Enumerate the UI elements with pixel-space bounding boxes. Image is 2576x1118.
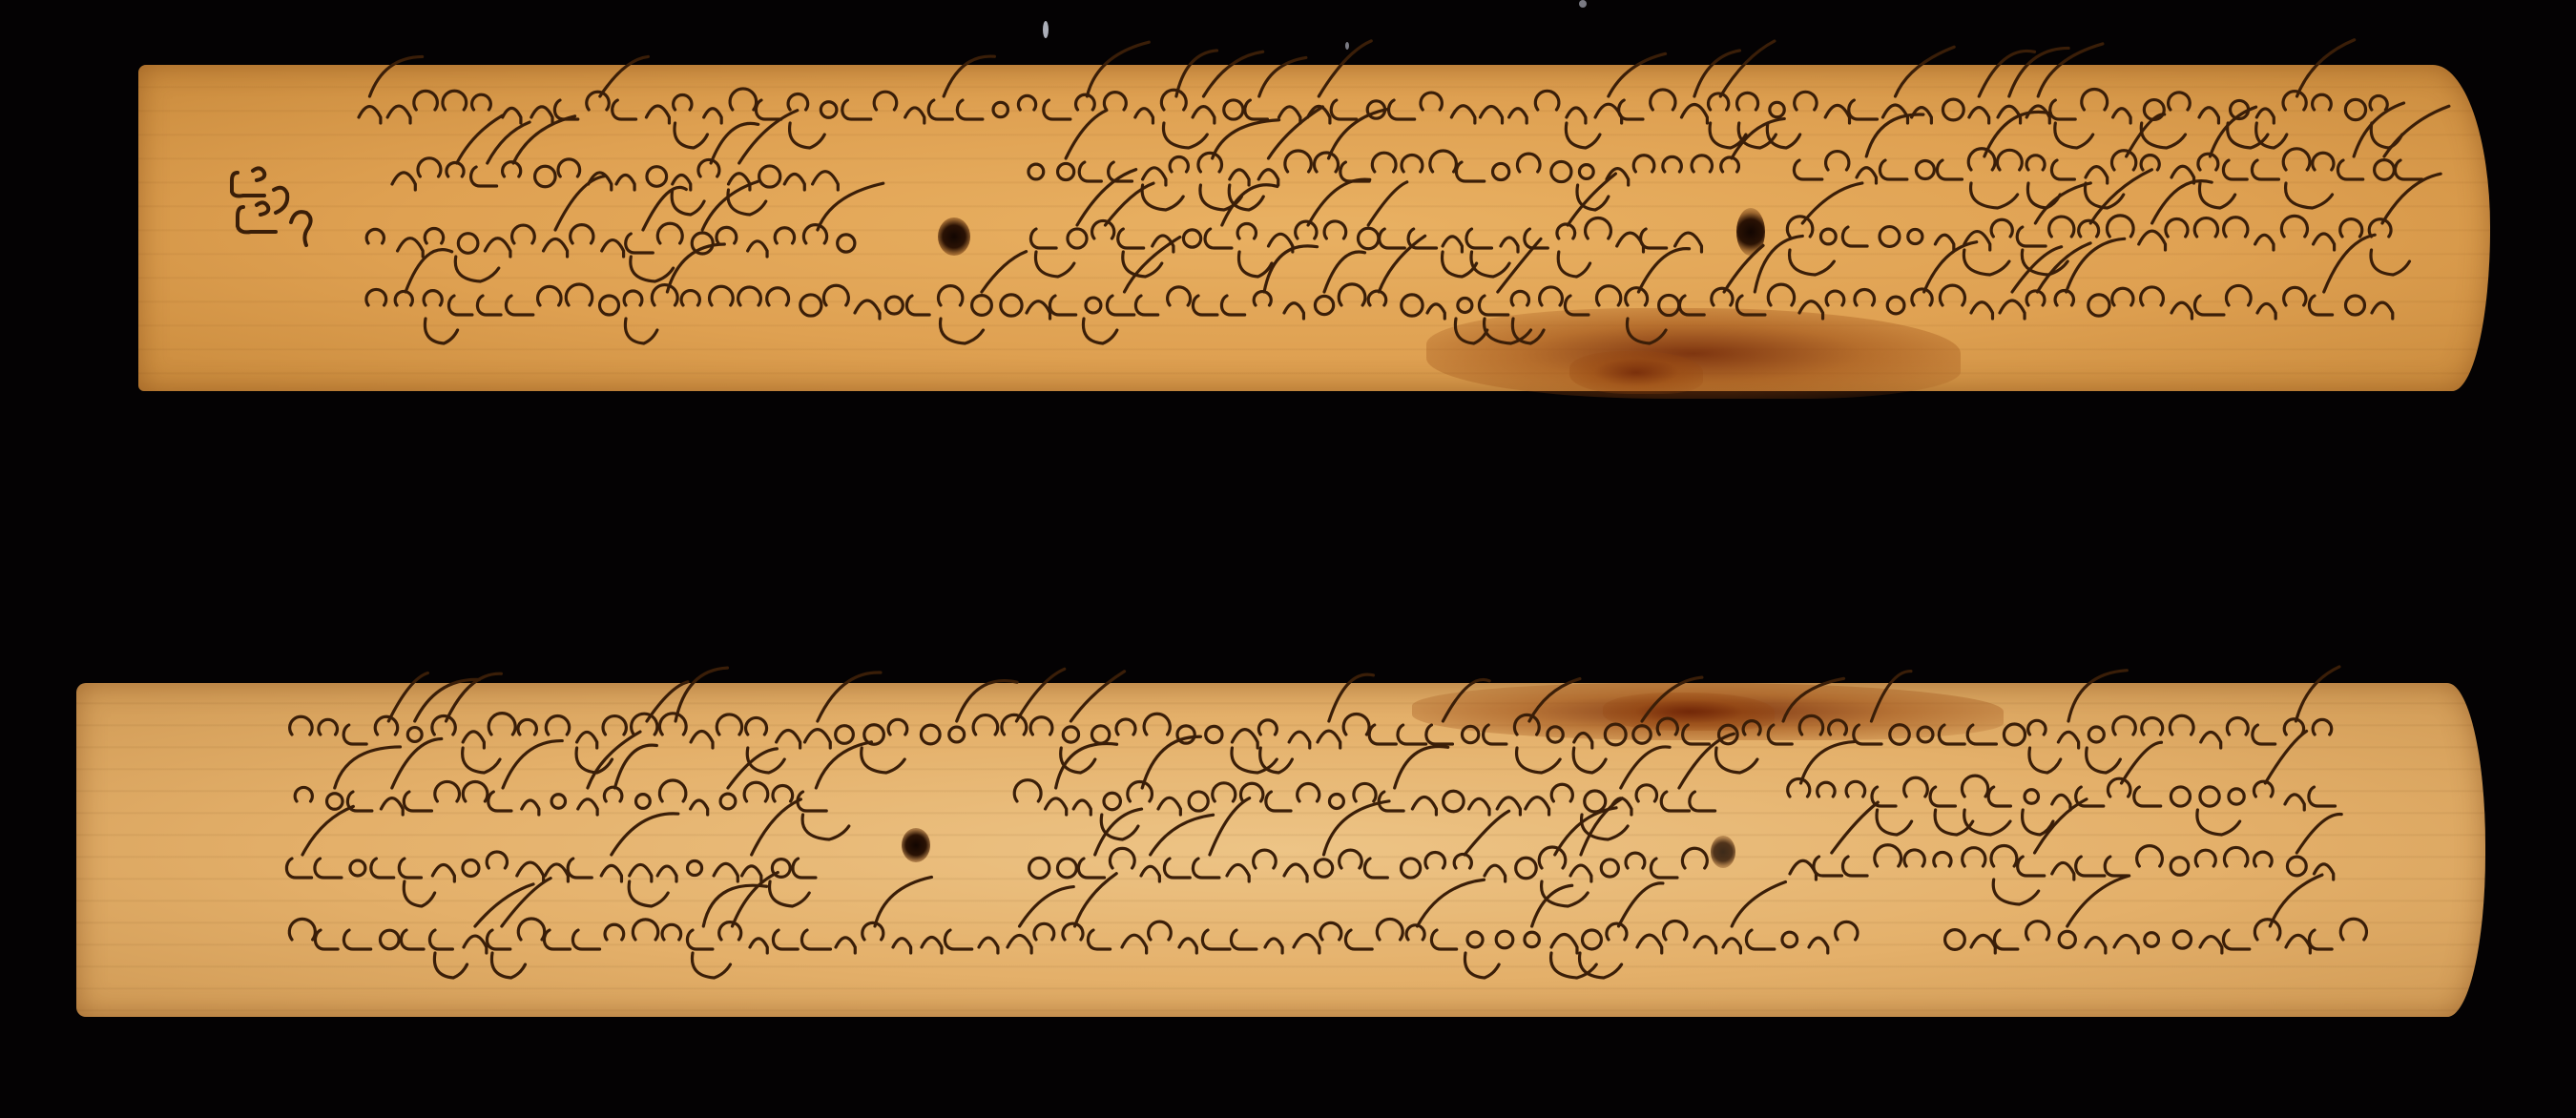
string-hole-right <box>1711 836 1735 868</box>
string-hole-left <box>902 828 930 862</box>
string-hole-left <box>938 217 970 256</box>
manuscript-line <box>1937 892 2366 978</box>
folio-number <box>224 155 329 270</box>
dust-speck <box>1579 0 1587 8</box>
dust-speck <box>1043 21 1049 38</box>
manuscript-line <box>286 892 1860 978</box>
water-stain <box>1569 351 1703 394</box>
manuscript-line <box>363 258 2395 343</box>
dust-speck <box>1345 42 1349 50</box>
